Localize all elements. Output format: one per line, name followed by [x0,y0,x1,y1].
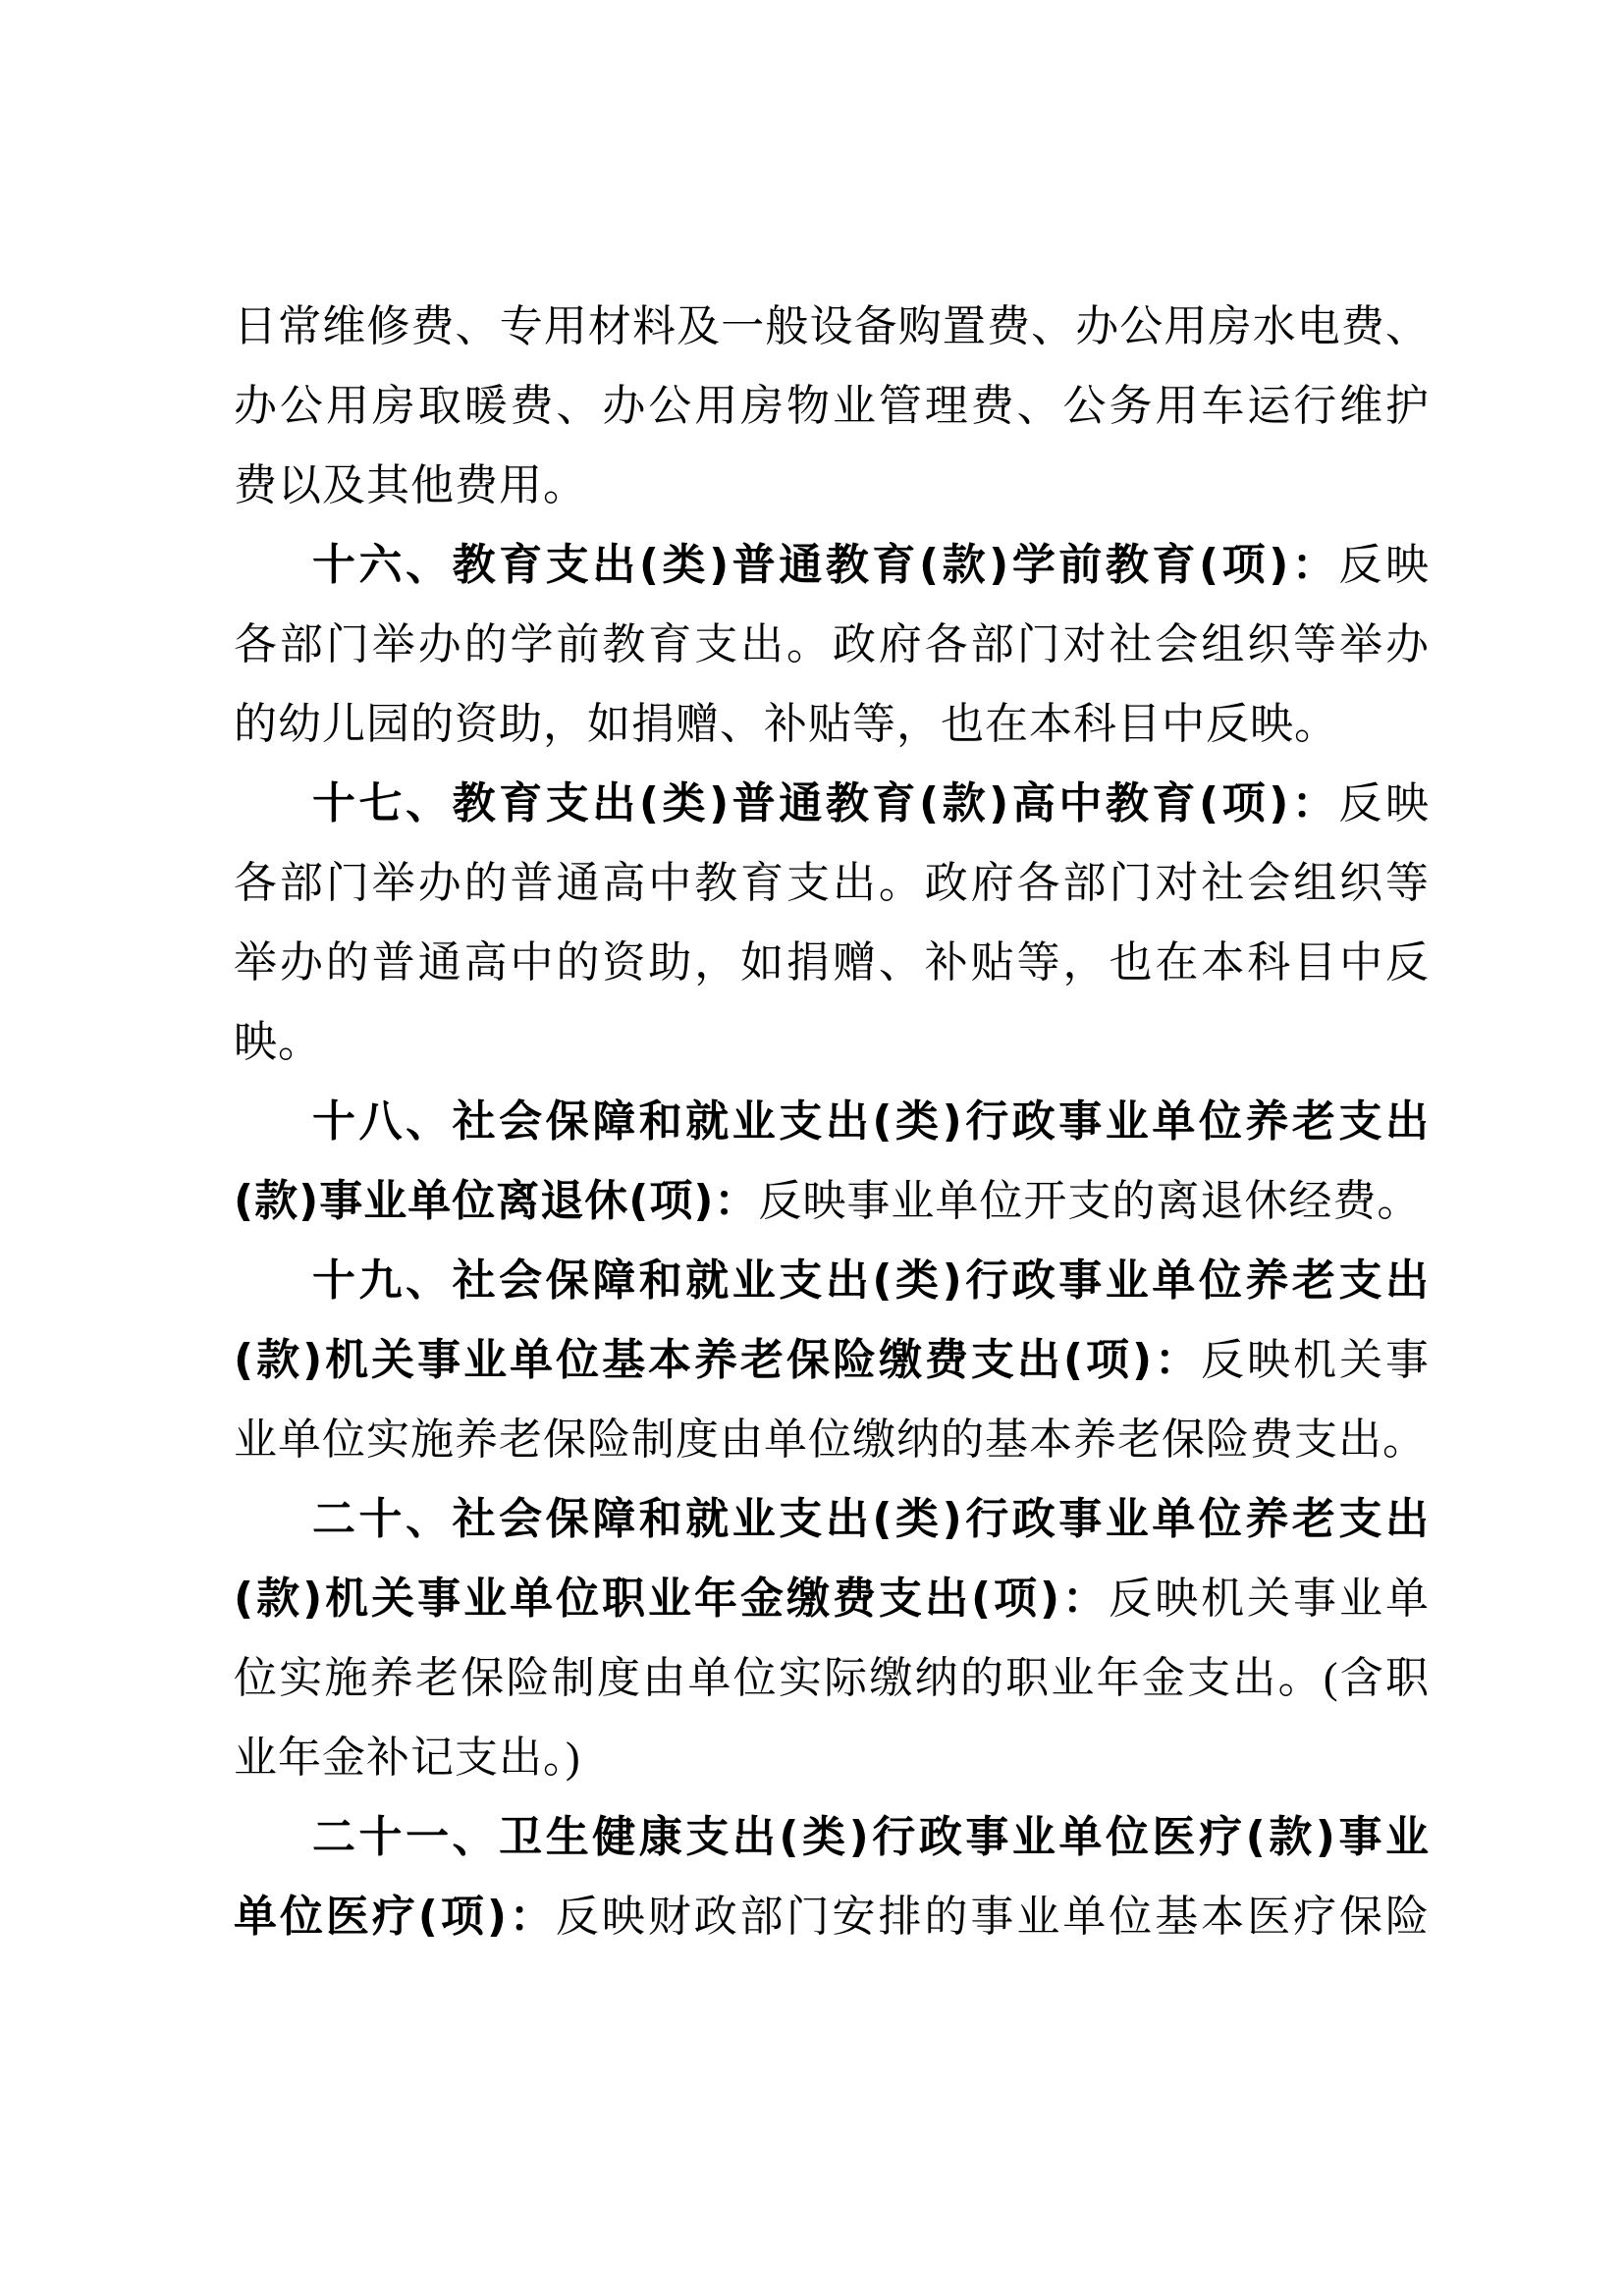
heading-run: (款)事业单位离退休(项)： [234,1176,758,1226]
body-run: 业单位实施养老保险制度由单位缴纳的基本养老保险费支出。 [234,1415,1427,1464]
doc-line-4-item16-heading: 十六、教育支出(类)普通教育(款)学前教育(项)：反映 [234,525,1430,605]
body-run: 反映 [1338,779,1430,828]
doc-line-2: 办公用房取暖费、办公用房物业管理费、公务用车运行维护 [234,366,1430,446]
doc-line-1: 日常维修费、专用材料及一般设备购置费、办公用房水电费、 [234,287,1430,366]
body-run: 反映机关事业单 [1109,1575,1430,1623]
doc-line-20-item21-heading: 二十一、卫生健康支出(类)行政事业单位医疗(款)事业 [234,1797,1430,1877]
doc-line-11-item18-heading: 十八、社会保障和就业支出(类)行政事业单位养老支出 [234,1082,1430,1161]
heading-run: 二十一、卫生健康支出(类)行政事业单位医疗(款)事业 [312,1812,1430,1862]
doc-line-14: (款)机关事业单位基本养老保险缴费支出(项)：反映机关事 [234,1320,1430,1400]
body-run: 费以及其他费用。 [234,461,587,509]
body-run: 映。 [234,1018,322,1066]
body-run: 举办的普通高中的资助，如捐赠、补贴等，也在本科目中反 [234,938,1430,987]
heading-run: 单位医疗(项)： [234,1892,556,1942]
body-run: 业年金补记支出。) [234,1734,581,1782]
heading-run: 二十、社会保障和就业支出(类)行政事业单位养老支出 [312,1494,1430,1544]
doc-line-17: (款)机关事业单位职业年金缴费支出(项)：反映机关事业单 [234,1559,1430,1638]
body-run: 各部门举办的普通高中教育支出。政府各部门对社会组织等 [234,859,1430,907]
doc-line-13-item19-heading: 十九、社会保障和就业支出(类)行政事业单位养老支出 [234,1241,1430,1320]
heading-run: 十六、教育支出(类)普通教育(款)学前教育(项)： [312,540,1338,590]
doc-line-3: 费以及其他费用。 [234,446,1430,525]
heading-run: 十七、教育支出(类)普通教育(款)高中教育(项)： [312,778,1338,828]
heading-run: 十九、社会保障和就业支出(类)行政事业单位养老支出 [312,1255,1430,1306]
body-run: 日常维修费、专用材料及一般设备购置费、办公用房水电费、 [234,302,1430,350]
body-run: 的幼儿园的资助，如捐赠、补贴等，也在本科目中反映。 [234,700,1338,748]
doc-line-18: 位实施养老保险制度由单位实际缴纳的职业年金支出。(含职 [234,1638,1430,1718]
doc-line-21: 单位医疗(项)：反映财政部门安排的事业单位基本医疗保险 [234,1877,1430,1956]
heading-run: (款)机关事业单位职业年金缴费支出(项)： [234,1574,1109,1624]
body-run: 反映 [1338,541,1430,589]
doc-line-12: (款)事业单位离退休(项)：反映事业单位开支的离退休经费。 [234,1161,1430,1241]
doc-line-6: 的幼儿园的资助，如捐赠、补贴等，也在本科目中反映。 [234,684,1430,764]
body-run: 各部门举办的学前教育支出。政府各部门对社会组织等举办 [234,620,1430,668]
doc-line-16-item20-heading: 二十、社会保障和就业支出(类)行政事业单位养老支出 [234,1479,1430,1559]
heading-run: 十八、社会保障和就业支出(类)行政事业单位养老支出 [312,1096,1430,1147]
body-run: 位实施养老保险制度由单位实际缴纳的职业年金支出。(含职 [234,1654,1430,1702]
body-run: 反映事业单位开支的离退休经费。 [758,1177,1421,1225]
body-run: 反映财政部门安排的事业单位基本医疗保险 [556,1893,1430,1941]
doc-line-15: 业单位实施养老保险制度由单位缴纳的基本养老保险费支出。 [234,1400,1430,1479]
body-run: 办公用房取暖费、办公用房物业管理费、公务用车运行维护 [234,382,1430,430]
document-text-block: 日常维修费、专用材料及一般设备购置费、办公用房水电费、 办公用房取暖费、办公用房… [234,287,1430,1956]
doc-line-9: 举办的普通高中的资助，如捐赠、补贴等，也在本科目中反 [234,923,1430,1002]
document-page: 日常维修费、专用材料及一般设备购置费、办公用房水电费、 办公用房取暖费、办公用房… [0,0,1624,2296]
doc-line-7-item17-heading: 十七、教育支出(类)普通教育(款)高中教育(项)：反映 [234,764,1430,843]
doc-line-10: 映。 [234,1002,1430,1082]
body-run: 反映机关事 [1201,1336,1430,1384]
doc-line-5: 各部门举办的学前教育支出。政府各部门对社会组织等举办 [234,605,1430,684]
doc-line-19: 业年金补记支出。) [234,1718,1430,1797]
heading-run: (款)机关事业单位基本养老保险缴费支出(项)： [234,1335,1201,1385]
doc-line-8: 各部门举办的普通高中教育支出。政府各部门对社会组织等 [234,843,1430,923]
